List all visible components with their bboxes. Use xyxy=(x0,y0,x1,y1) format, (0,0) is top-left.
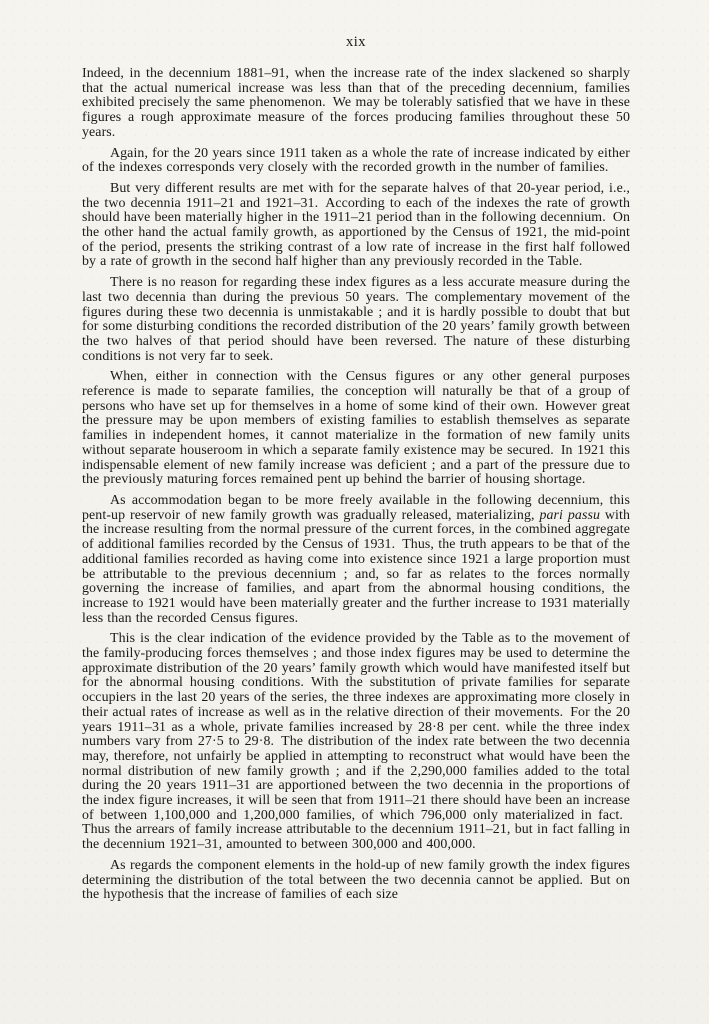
scanned-page: xix Indeed, in the decennium 1881–91, wh… xyxy=(0,0,709,1024)
paragraph-6-latin-phrase: pari passu xyxy=(539,508,600,523)
paragraph-6: As accommodation began to be more freely… xyxy=(82,494,630,626)
page-number: xix xyxy=(82,34,630,51)
paragraph-3: But very different results are met with … xyxy=(82,182,630,270)
text-column: xix Indeed, in the decennium 1881–91, wh… xyxy=(82,34,630,909)
paragraph-7: This is the clear indication of the evid… xyxy=(82,632,630,853)
paragraph-6-text-after: with the increase resulting from the nor… xyxy=(82,508,630,626)
paragraph-5: When, either in connection with the Cens… xyxy=(82,370,630,488)
paragraph-4: There is no reason for regarding these i… xyxy=(82,276,630,364)
paragraph-1: Indeed, in the decennium 1881–91, when t… xyxy=(82,67,630,141)
paragraph-2: Again, for the 20 years since 1911 taken… xyxy=(82,147,630,176)
paragraph-8: As regards the component elements in the… xyxy=(82,859,630,903)
